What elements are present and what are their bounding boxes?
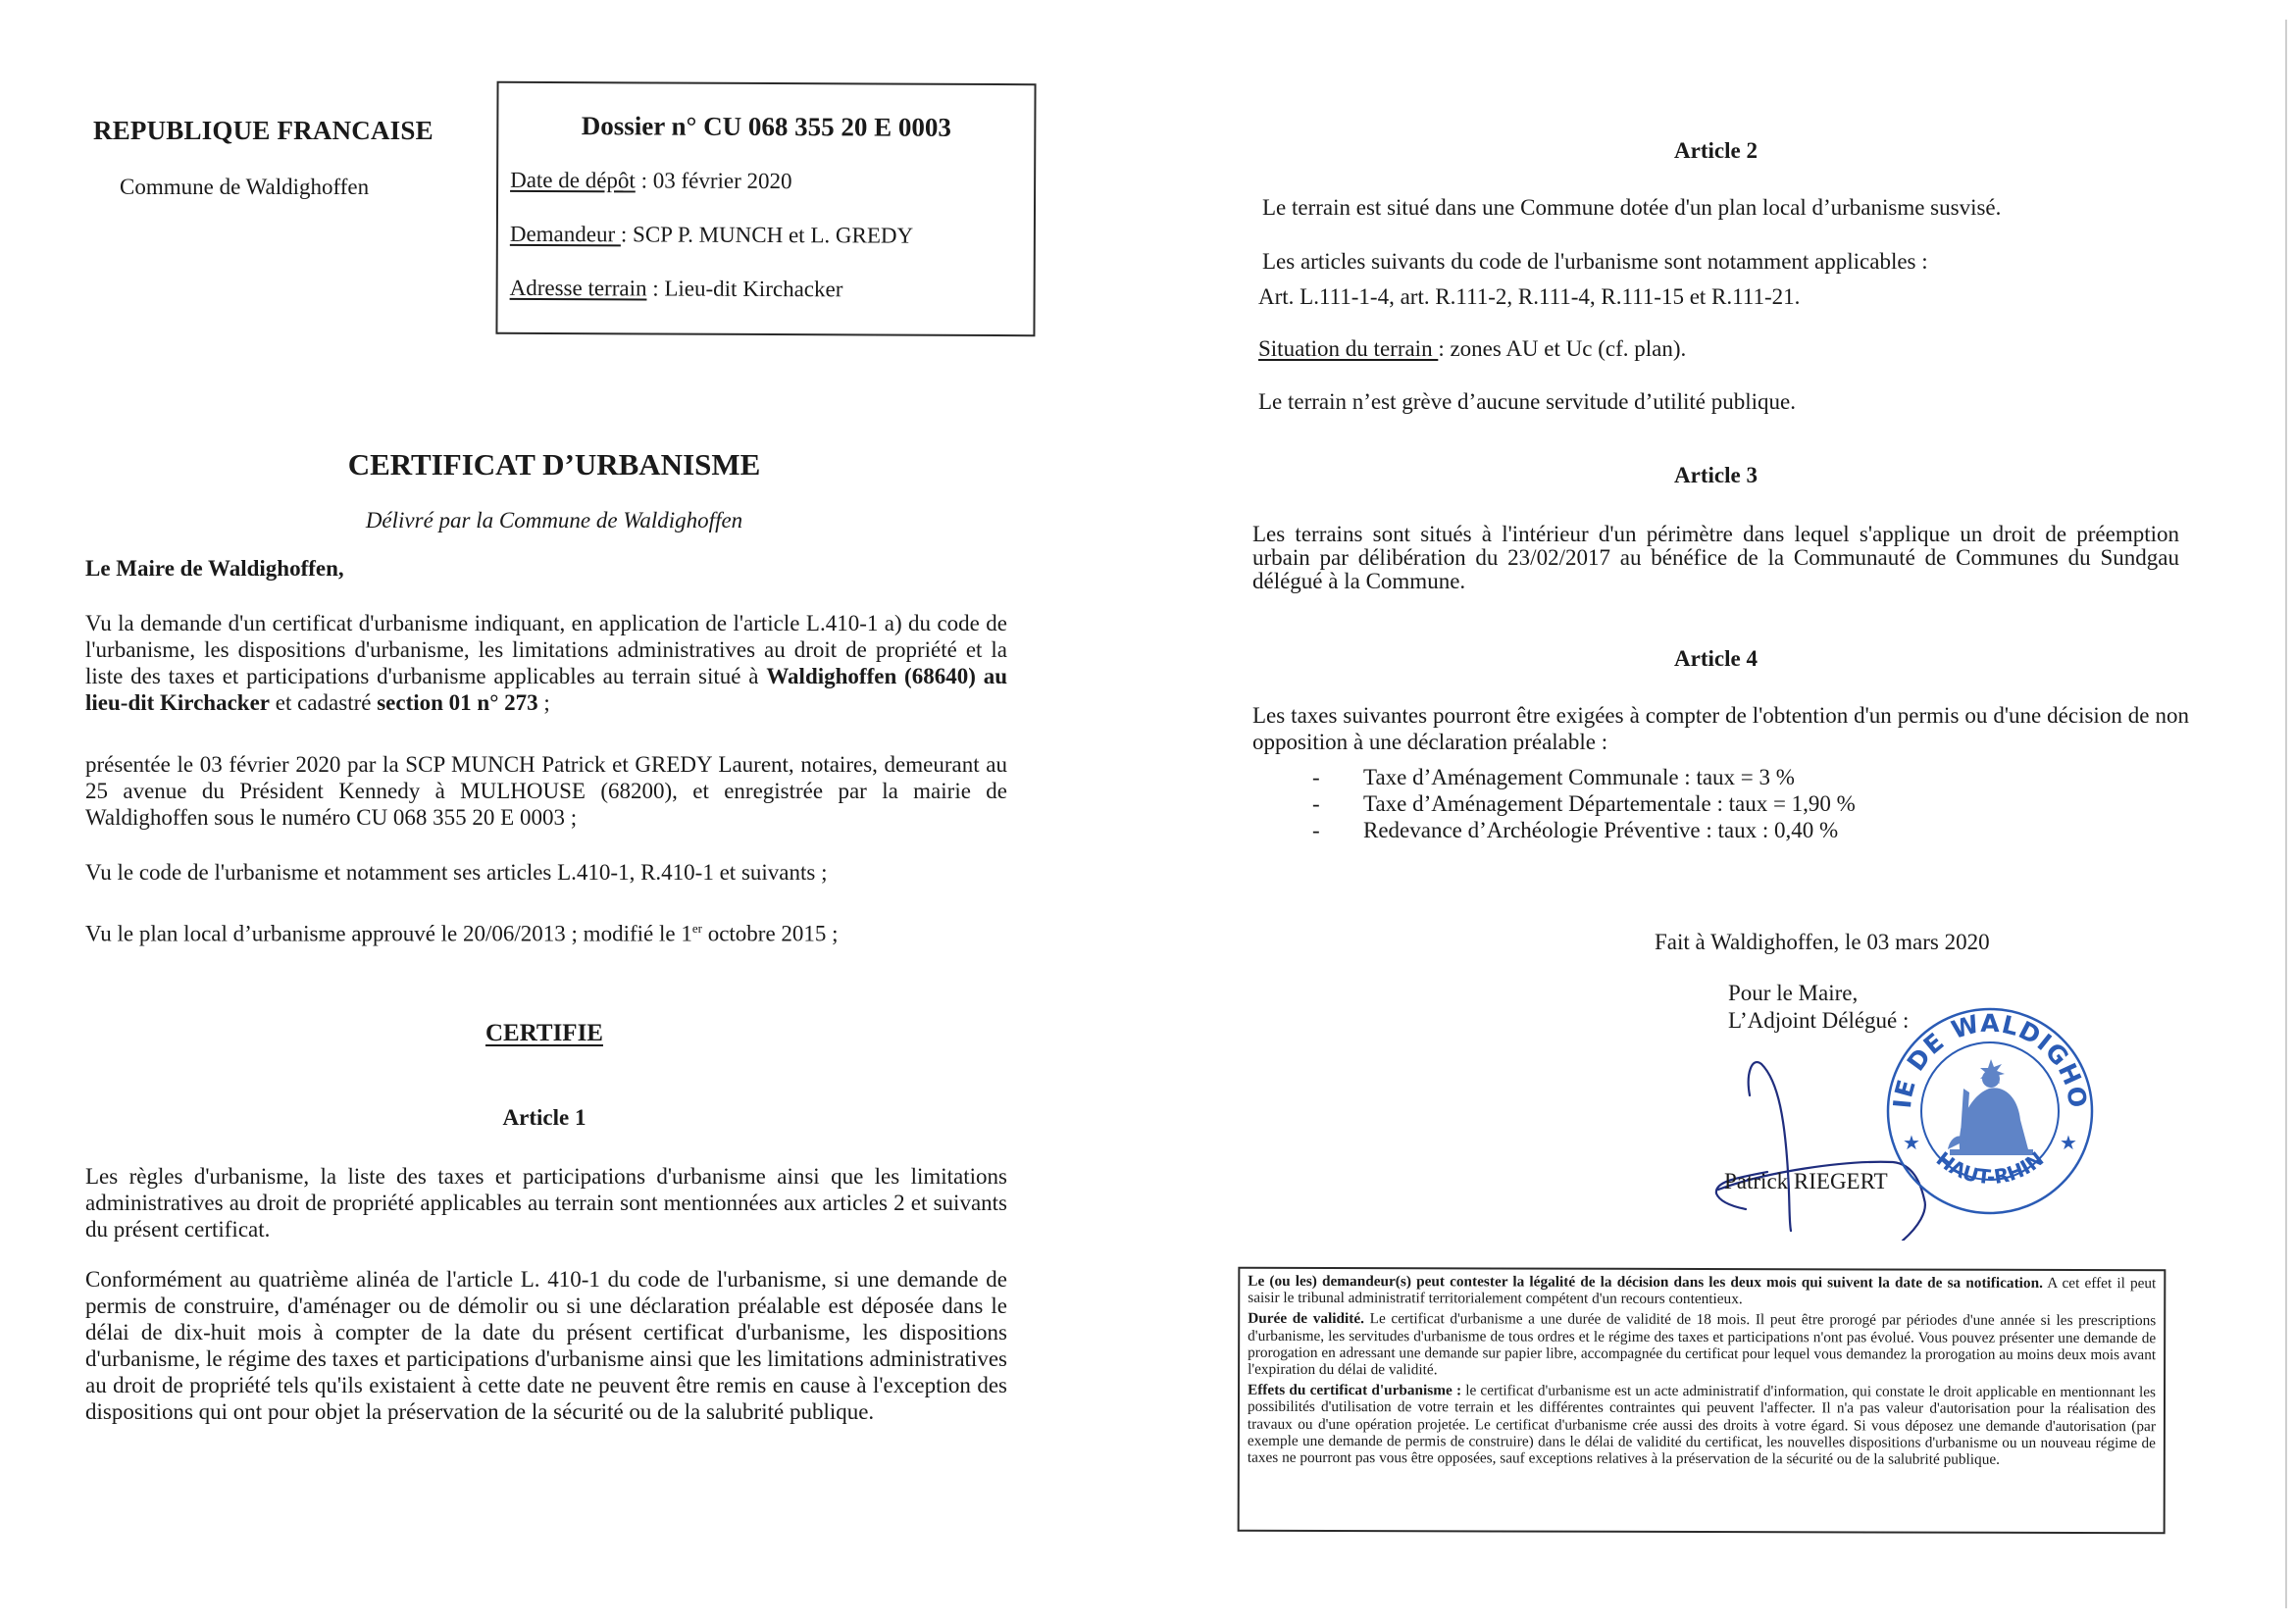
signatory-name: Patrick RIEGERT (1724, 1168, 1888, 1194)
tax-communal: Taxe d’Aménagement Communale : taux = 3 … (1363, 765, 1795, 789)
consideration-plu: Vu le plan local d’urbanisme approuvé le… (85, 915, 1007, 947)
article-4-paragraph: Les taxes suivantes pourront être exigée… (1252, 702, 2189, 755)
article-2-applicable-intro: Les articles suivants du code de l'urban… (1262, 248, 1928, 275)
article-2-heading: Article 2 (1252, 138, 2179, 164)
tax-item: -Taxe d’Aménagement Communale : taux = 3… (1363, 764, 1856, 790)
land-address: Adresse terrain : Lieu-dit Kirchacker (510, 276, 843, 302)
situation-value: : zones AU et Uc (cf. plan). (1438, 336, 1686, 361)
tax-archaeology: Redevance d’Archéologie Préventive : tau… (1363, 818, 1838, 842)
for-mayor: Pour le Maire, (1728, 980, 1858, 1006)
article-3-heading: Article 3 (1252, 463, 2179, 488)
republic-heading: REPUBLIQUE FRANCAISE (93, 116, 433, 146)
applicant-label: Demandeur (510, 222, 621, 246)
notice-validity-text: Le certificat d'urbanisme a une durée de… (1248, 1311, 2156, 1379)
svg-text:★: ★ (2060, 1133, 2077, 1154)
certifies-text: CERTIFIE (485, 1020, 603, 1046)
notice-effects: Effets du certificat d'urbanisme : le ce… (1248, 1382, 2156, 1468)
article-1-paragraph-1: Les règles d'urbanisme, la liste des tax… (85, 1163, 1007, 1243)
bullet: - (1312, 790, 1320, 817)
plu-text: Vu le plan local d’urbanisme approuvé le… (85, 922, 692, 946)
place-date: Fait à Waldighoffen, le 03 mars 2020 (1655, 929, 1990, 955)
land-address-value: : Lieu-dit Kirchacker (646, 276, 842, 301)
notice-appeal-bold: Le (ou les) demandeur(s) peut contester … (1248, 1273, 2043, 1292)
mayor-line: Le Maire de Waldighoffen, (85, 556, 344, 582)
dossier-number: Dossier n° CU 068 355 20 E 0003 (498, 111, 1034, 143)
filing-date: Date de dépôt : 03 février 2020 (510, 168, 792, 194)
issued-by: Délivré par la Commune de Waldighoffen (245, 508, 863, 533)
applicant-value: : SCP P. MUNCH et L. GREDY (621, 222, 913, 247)
cadastre-text: et cadastré (270, 690, 377, 715)
punctuation: ; (538, 690, 550, 715)
tax-item: -Taxe d’Aménagement Départementale : tau… (1363, 790, 1856, 817)
tax-item: -Redevance d’Archéologie Préventive : ta… (1363, 817, 1856, 843)
filing-date-label: Date de dépôt (510, 168, 636, 193)
tax-list: -Taxe d’Aménagement Communale : taux = 3… (1363, 764, 1856, 843)
land-address-label: Adresse terrain (510, 276, 647, 301)
filing-date-value: : 03 février 2020 (636, 168, 792, 193)
plu-date: octobre 2015 ; (702, 922, 839, 946)
consideration-request: Vu la demande d'un certificat d'urbanism… (85, 610, 1007, 716)
article-2-easement: Le terrain n’est grève d’aucune servitud… (1258, 388, 1796, 415)
certifies-heading: CERTIFIE (245, 1020, 843, 1047)
article-1-paragraph-2: Conformément au quatrième alinéa de l'ar… (85, 1266, 1007, 1425)
cadastre-section: section 01 n° 273 (377, 690, 537, 715)
notice-validity: Durée de validité. Le certificat d'urban… (1248, 1310, 2156, 1380)
commune-name: Commune de Waldighoffen (120, 175, 369, 200)
tax-departmental: Taxe d’Aménagement Départementale : taux… (1363, 791, 1856, 816)
consideration-presented: présentée le 03 février 2020 par la SCP … (85, 751, 1007, 831)
svg-text:★: ★ (1903, 1133, 1920, 1154)
certificate-title: CERTIFICAT D’URBANISME (245, 447, 863, 482)
dossier-box: Dossier n° CU 068 355 20 E 0003 Date de … (495, 81, 1036, 336)
article-1-heading: Article 1 (245, 1105, 843, 1131)
article-2-situation: Situation du terrain : zones AU et Uc (c… (1258, 335, 1686, 362)
bullet: - (1312, 817, 1320, 843)
situation-label: Situation du terrain (1258, 336, 1438, 361)
bullet: - (1312, 764, 1320, 790)
article-2-article-list: Art. L.111-1-4, art. R.111-2, R.111-4, R… (1258, 283, 1800, 310)
municipal-stamp-icon: MAIRIE DE WALDIGHOFFEN HAUT-RHIN ★ ★ (1881, 1002, 2099, 1220)
article-4-heading: Article 4 (1252, 646, 2179, 672)
article-2-plu: Le terrain est situé dans une Commune do… (1262, 194, 2001, 221)
notice-validity-bold: Durée de validité. (1248, 1310, 1364, 1327)
applicant: Demandeur : SCP P. MUNCH et L. GREDY (510, 222, 913, 249)
article-3-paragraph: Les terrains sont situés à l'intérieur d… (1252, 523, 2179, 593)
legal-notice-box: Le (ou les) demandeur(s) peut contester … (1238, 1267, 2167, 1534)
plu-superscript: er (692, 921, 702, 936)
notice-appeal: Le (ou les) demandeur(s) peut contester … (1248, 1273, 2156, 1309)
scan-page-edge (2285, 20, 2287, 1608)
notice-effects-bold: Effets du certificat d'urbanisme : (1248, 1382, 1461, 1399)
consideration-code: Vu le code de l'urbanisme et notamment s… (85, 859, 1007, 886)
